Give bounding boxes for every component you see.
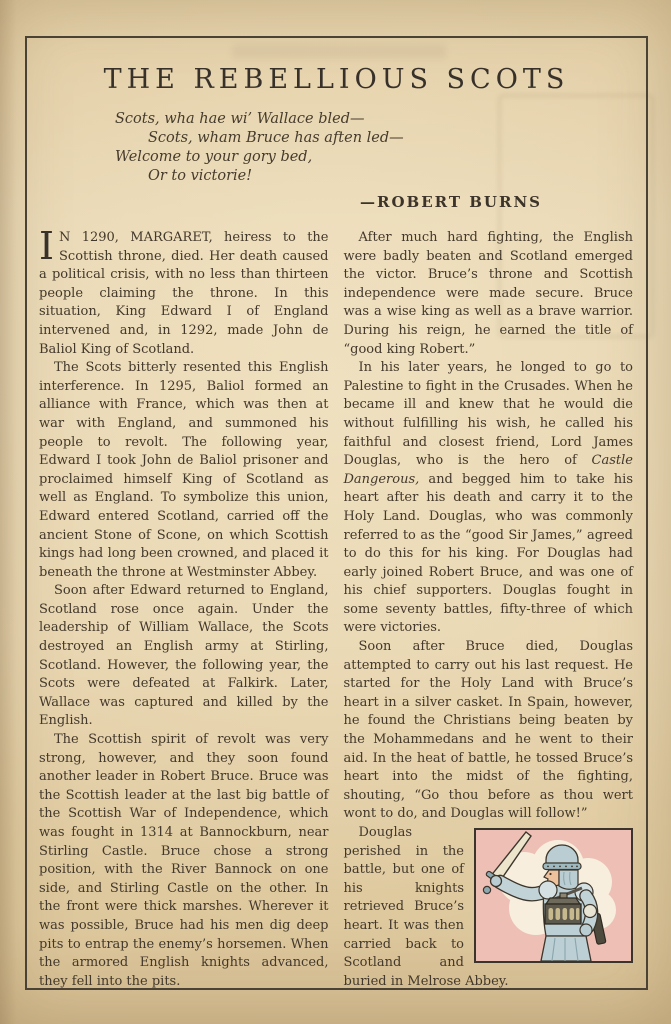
- paragraph: Douglas perished in the battle, but one …: [344, 824, 634, 990]
- poem-line: Scots, wha hae wi’ Wallace bled—: [115, 110, 646, 129]
- left-column: IN 1290, MARGARET, heiress to the Scotti…: [39, 229, 329, 990]
- knight-illustration: [474, 828, 633, 963]
- page-title: THE REBELLIOUS SCOTS: [27, 64, 646, 96]
- text-segment: In his later years, he longed to go to P…: [344, 360, 634, 468]
- paragraph: Soon after Bruce died, Douglas attempted…: [344, 638, 634, 824]
- silver-casket: [545, 893, 581, 924]
- text-segment: The Scottish spirit of revolt was very s…: [39, 732, 329, 989]
- poem-line: Or to victorie!: [115, 167, 646, 186]
- poem-attribution: —ROBERT BURNS: [360, 193, 646, 211]
- paragraph: The Scots bitterly resented this English…: [39, 359, 329, 582]
- paragraph: In his later years, he longed to go to P…: [344, 359, 634, 638]
- poem-line: Scots, wham Bruce has aften led—: [115, 129, 646, 148]
- text-segment: The Scots bitterly resented this English…: [39, 360, 329, 580]
- page-frame: THE REBELLIOUS SCOTS Scots, wha hae wi’ …: [25, 36, 648, 990]
- article-columns: IN 1290, MARGARET, heiress to the Scotti…: [39, 229, 633, 990]
- paragraph: Soon after Edward returned to England, S…: [39, 582, 329, 731]
- text-segment: Soon after Edward returned to England, S…: [39, 583, 329, 728]
- knight-elbow-disc: [584, 905, 597, 918]
- poem-line: Welcome to your gory bed,: [115, 148, 646, 167]
- text-segment: and begged him to take his heart after h…: [344, 472, 634, 636]
- paragraph: IN 1290, MARGARET, heiress to the Scotti…: [39, 229, 329, 359]
- knight-illustration-svg: [476, 830, 631, 961]
- text-segment: Soon after Bruce died, Douglas attempted…: [344, 639, 634, 821]
- knight-gauntlet: [491, 876, 502, 887]
- scanned-book-page: THE REBELLIOUS SCOTS Scots, wha hae wi’ …: [0, 0, 671, 1024]
- drop-cap: I: [39, 229, 59, 261]
- text-segment: N 1290, MARGARET, heiress to the Scottis…: [39, 230, 329, 357]
- poem: Scots, wha hae wi’ Wallace bled—Scots, w…: [115, 110, 646, 186]
- paragraph: The Scottish spirit of revolt was very s…: [39, 731, 329, 990]
- knight-skirt: [541, 936, 591, 961]
- right-column: After much hard fighting, the English we…: [344, 229, 634, 990]
- paragraph: After much hard fighting, the English we…: [344, 229, 634, 359]
- knight-left-pauldron: [539, 881, 557, 899]
- text-segment: After much hard fighting, the English we…: [344, 230, 634, 357]
